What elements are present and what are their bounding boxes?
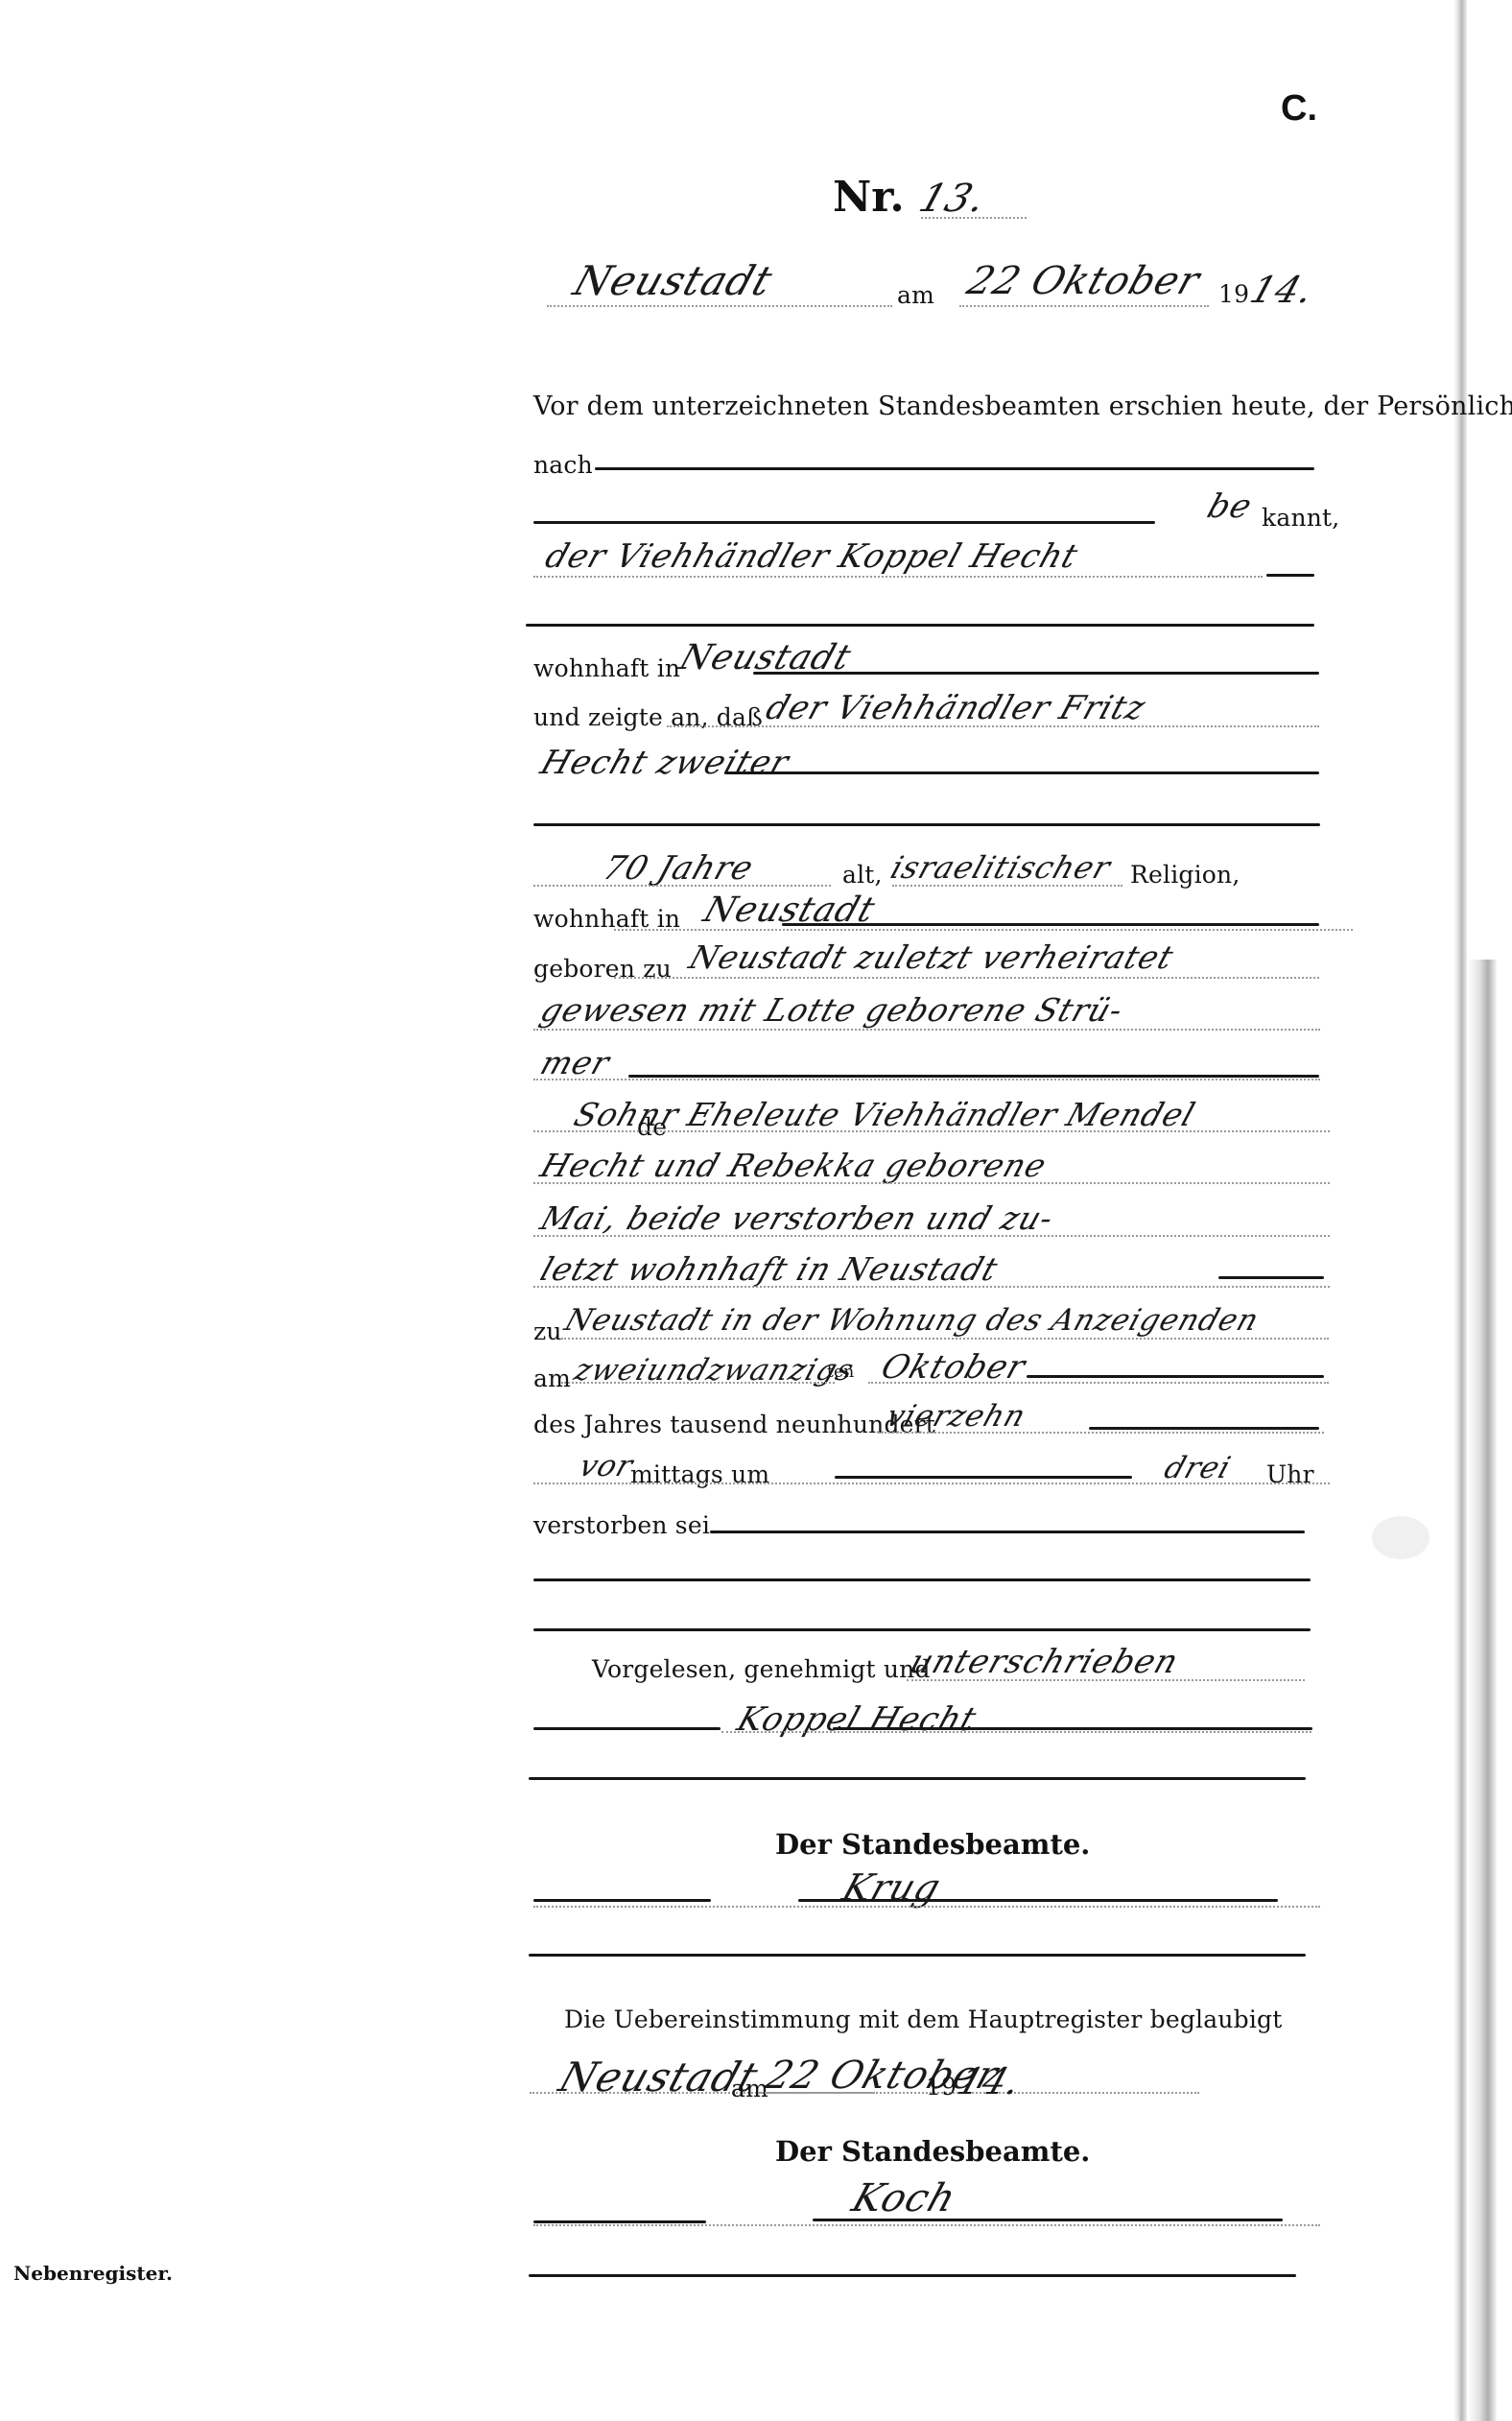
official-signature-line	[533, 1906, 1320, 1908]
page-binding-shadow-lower	[1468, 960, 1497, 2421]
alt-label: alt,	[842, 861, 883, 889]
year-prefix: 19	[1218, 280, 1249, 308]
certification-official-signature: Koch	[847, 2176, 962, 2220]
death-month-line	[868, 1382, 1329, 1384]
parents-dotline-3	[533, 1235, 1330, 1237]
entry-number-label: Nr.	[833, 173, 905, 222]
death-am-label: am	[533, 1365, 571, 1392]
form-letter-mark: C.	[1281, 88, 1317, 130]
death-place: Neustadt in der Wohnung des Anzeigenden	[560, 1303, 1264, 1338]
official-signature-rule-right	[798, 1899, 1278, 1902]
informant-signature: Koppel Hecht	[733, 1700, 982, 1739]
birthplace-line-2	[533, 1029, 1320, 1031]
ink-smudge	[1372, 1516, 1429, 1559]
certification-signature-rule-left	[533, 2220, 706, 2223]
religion-label: Religion,	[1130, 861, 1240, 889]
deceased-line-1	[667, 725, 1319, 727]
informant-name: der Viehhändler Koppel Hecht	[541, 537, 1083, 576]
death-year: vierzehn	[882, 1399, 1030, 1434]
informant-line	[533, 576, 1263, 578]
death-month-rule	[1027, 1375, 1324, 1378]
birthplace-1: Neustadt zuletzt verheiratet	[685, 938, 1179, 976]
year-suffix: 14.	[1245, 269, 1320, 311]
deceased-religion: israelitischer	[886, 849, 1116, 886]
certification-text: Die Uebereinstimmung mit dem Hauptregist…	[564, 2006, 1283, 2033]
bekannt-prefix: be	[1203, 487, 1258, 526]
verstorben-rule	[710, 1531, 1305, 1533]
wohnhaft-label: wohnhaft in	[533, 654, 680, 682]
entry-number-line	[921, 217, 1027, 219]
official-heading: Der Standesbeamte.	[775, 1828, 1090, 1861]
informant-rule-2	[526, 624, 1314, 627]
unterschrieben-text: unterschrieben	[906, 1643, 1184, 1681]
certification-official-heading: Der Standesbeamte.	[775, 2135, 1090, 2168]
bekannt-rule	[533, 521, 1155, 524]
informant-signature-line	[721, 1731, 1311, 1733]
parents-line-1: r Eheleute Viehhändler Mendel	[656, 1096, 1200, 1133]
informant-signature-rule-right	[833, 1727, 1312, 1730]
deceased-name-2: Hecht zweiter	[536, 744, 794, 782]
parents-dotline-4	[533, 1286, 1330, 1288]
certification-year-prefix: 19	[926, 2073, 957, 2101]
verstorben-label: verstorben sei.	[533, 1511, 718, 1539]
zu-label: zu	[533, 1317, 562, 1345]
am-label: am	[897, 281, 934, 309]
certification-signature-line	[533, 2224, 1320, 2226]
time-hour: drei	[1160, 1451, 1236, 1485]
blank-rule-2	[533, 1628, 1311, 1631]
death-year-line	[878, 1432, 1324, 1434]
uhr-label: Uhr	[1266, 1460, 1314, 1488]
parents-dotline-2	[533, 1182, 1330, 1184]
birthplace-line-1	[614, 977, 1319, 979]
blank-rule-1	[533, 1578, 1311, 1581]
informant-signature-rule-left	[533, 1727, 721, 1730]
parents-line-4: letzt wohnhaft in Neustadt	[536, 1250, 1004, 1288]
informant-rule	[1266, 574, 1314, 577]
registration-date: 22 Oktober	[962, 259, 1206, 303]
birthplace-line-3	[533, 1079, 1320, 1080]
place-line	[547, 305, 892, 307]
deceased-residence-rule	[782, 923, 1319, 926]
time-prefix: vor	[575, 1449, 638, 1483]
birthplace-3: mer	[536, 1044, 615, 1081]
death-month: Oktober	[877, 1348, 1031, 1387]
official-block-rule	[529, 1954, 1306, 1957]
date-line	[959, 305, 1209, 307]
death-day-line	[561, 1382, 835, 1384]
time-rule	[835, 1476, 1132, 1479]
birthplace-rule-3	[628, 1075, 1319, 1078]
deceased-residence-line	[614, 929, 1353, 931]
religion-line	[892, 885, 1122, 887]
deceased-age: 70 Jahre	[599, 849, 759, 888]
certification-signature-rule-right	[813, 2219, 1283, 2221]
parents-rule-4	[1218, 1276, 1324, 1279]
bekannt-suffix: kannt,	[1262, 504, 1339, 532]
nebenregister-label: Nebenregister.	[13, 2262, 173, 2285]
deceased-rule-3	[533, 823, 1320, 826]
intro-text: Vor dem unterzeichneten Standesbeamten e…	[533, 392, 1512, 421]
official-signature: Krug	[838, 1866, 947, 1909]
signature-block-rule	[529, 1777, 1306, 1780]
death-year-rule	[1089, 1427, 1319, 1430]
death-place-line	[561, 1338, 1329, 1340]
nach-rule	[595, 467, 1314, 470]
parents-dotline-1	[533, 1130, 1330, 1132]
birthplace-2: gewesen mit Lotte geborene Strü-	[536, 991, 1129, 1029]
registration-place: Neustadt	[568, 257, 779, 304]
parents-line-2: Hecht und Rebekka geborene	[536, 1147, 1052, 1184]
deceased-name-1: der Viehhändler Fritz	[762, 689, 1151, 727]
age-line	[533, 885, 831, 887]
unterschrieben-line	[907, 1679, 1305, 1681]
jahres-label: des Jahres tausend neunhundert	[533, 1411, 935, 1438]
vorgelesen-label: Vorgelesen, genehmigt und	[592, 1655, 931, 1683]
parents-line-3: Mai, beide verstorben und zu-	[536, 1199, 1059, 1237]
official-signature-rule-left	[533, 1899, 711, 1902]
residence-rule	[753, 672, 1319, 675]
entry-number-value: 13.	[914, 177, 993, 221]
certification-block-rule	[529, 2274, 1296, 2277]
certification-year-suffix: 14.	[953, 2060, 1028, 2102]
ten-suffix: ten	[827, 1363, 854, 1382]
nach-label: nach	[533, 451, 593, 479]
deceased-rule-2	[724, 771, 1319, 774]
page-binding-shadow	[1453, 0, 1467, 2421]
